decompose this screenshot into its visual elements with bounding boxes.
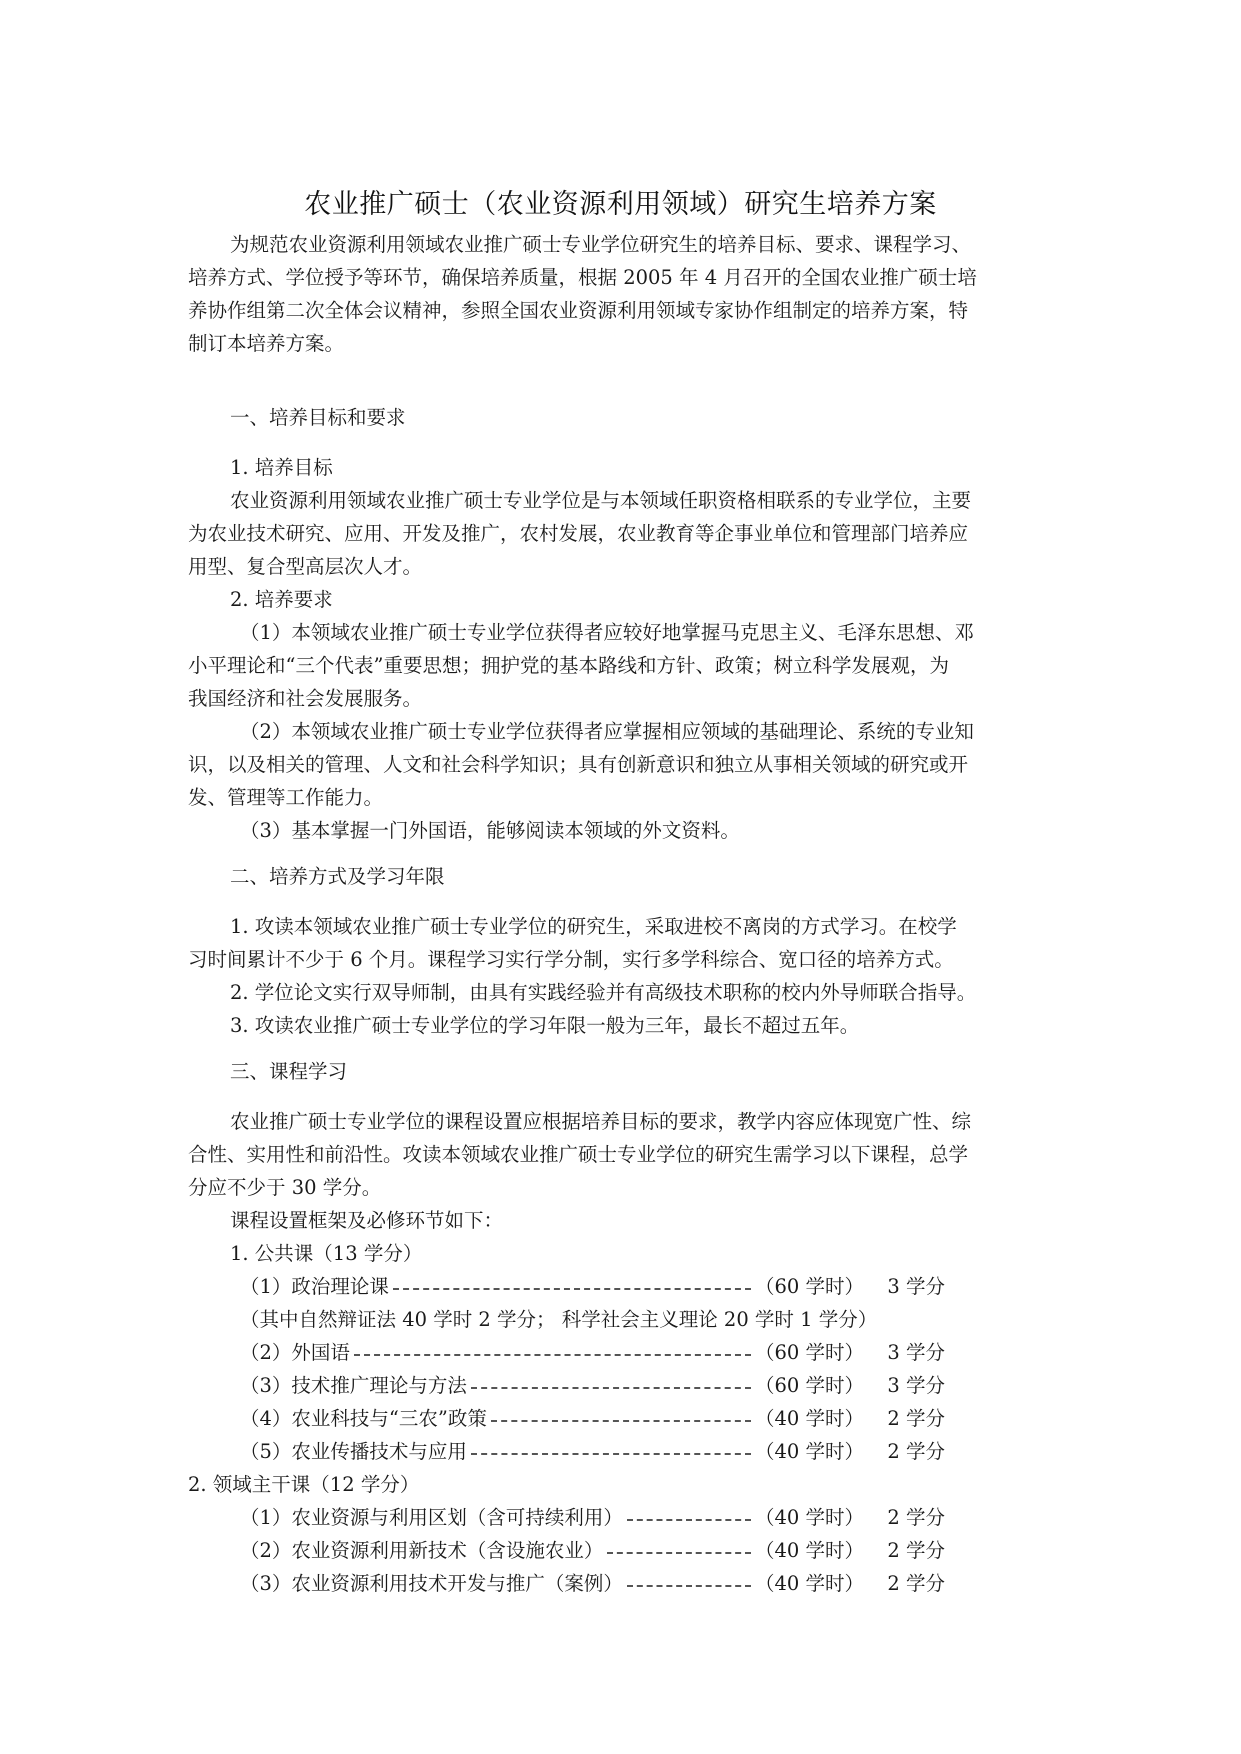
leader-dashes (607, 1552, 751, 1554)
framework-line: 课程设置框架及必修环节如下： (230, 1204, 503, 1237)
document-page: 农业推广硕士（农业资源利用领域）研究生培养方案 为规范农业资源利用领域农业推广硕… (0, 0, 1241, 1754)
leader-dashes (471, 1387, 751, 1389)
core-courses-heading: 2. 领域主干课（12 学分） (188, 1468, 419, 1501)
req2-line: 发、管理等工作能力。 (188, 781, 383, 814)
course-row: （5）农业传播技术与应用 （40 学时） 2 学分 (240, 1435, 945, 1468)
goal-heading: 1. 培养目标 (230, 451, 333, 484)
section2-item1-line: 1. 攻读本领域农业推广硕士专业学位的研究生，采取进校不离岗的方式学习。在校学 (230, 910, 957, 943)
section3-intro-line: 农业推广硕士专业学位的课程设置应根据培养目标的要求，教学内容应体现宽广性、综 (230, 1105, 971, 1138)
course-row: （3）农业资源利用技术开发与推广（案例） （40 学时） 2 学分 (240, 1567, 945, 1600)
course-credits: 3 学分 (875, 1369, 945, 1402)
goal-text-line: 为农业技术研究、应用、开发及推广，农村发展，农业教育等企事业单位和管理部门培养应 (188, 517, 968, 550)
intro-line: 培养方式、学位授予等环节，确保培养质量，根据 2005 年 4 月召开的全国农业… (188, 261, 977, 294)
req1-line: 小平理论和“三个代表”重要思想；拥护党的基本路线和方针、政策；树立科学发展观，为 (188, 649, 949, 682)
section2-item1-line: 习时间累计不少于 6 个月。课程学习实行学分制，实行多学科综合、宽口径的培养方式… (188, 943, 954, 976)
req2-line: （2）本领域农业推广硕士专业学位获得者应掌握相应领域的基础理论、系统的专业知 (240, 715, 974, 748)
course-hours: （40 学时） (755, 1567, 875, 1600)
course-name: （1）政治理论课 (240, 1270, 389, 1303)
leader-dashes (491, 1420, 751, 1422)
req-heading: 2. 培养要求 (230, 583, 333, 616)
goal-text-line: 农业资源利用领域农业推广硕士专业学位是与本领域任职资格相联系的专业学位，主要 (230, 484, 971, 517)
course-name: （3）技术推广理论与方法 (240, 1369, 467, 1402)
course-row: （2）农业资源利用新技术（含设施农业） （40 学时） 2 学分 (240, 1534, 945, 1567)
leader-dashes (627, 1585, 751, 1587)
course-credits: 2 学分 (875, 1534, 945, 1567)
course-hours: （60 学时） (755, 1369, 875, 1402)
course-hours: （40 学时） (755, 1402, 875, 1435)
leader-dashes (393, 1288, 751, 1290)
leader-dashes (471, 1453, 751, 1455)
req1-line: （1）本领域农业推广硕士专业学位获得者应较好地掌握马克思主义、毛泽东思想、邓 (240, 616, 974, 649)
course-row: （2）外国语 （60 学时） 3 学分 (240, 1336, 945, 1369)
course-row: （1）政治理论课 （60 学时） 3 学分 (240, 1270, 945, 1303)
politics-note: （其中自然辩证法 40 学时 2 学分； 科学社会主义理论 20 学时 1 学分… (240, 1303, 877, 1336)
goal-text-line: 用型、复合型高层次人才。 (188, 550, 422, 583)
course-hours: （60 学时） (755, 1336, 875, 1369)
course-credits: 3 学分 (875, 1270, 945, 1303)
course-name: （4）农业科技与“三农”政策 (240, 1402, 487, 1435)
course-hours: （40 学时） (755, 1435, 875, 1468)
leader-dashes (627, 1519, 751, 1521)
section2-item3: 3. 攻读农业推广硕士专业学位的学习年限一般为三年，最长不超过五年。 (230, 1009, 859, 1042)
course-credits: 2 学分 (875, 1567, 945, 1600)
leader-dashes (354, 1354, 751, 1356)
document-title: 农业推广硕士（农业资源利用领域）研究生培养方案 (0, 182, 1241, 221)
course-credits: 2 学分 (875, 1402, 945, 1435)
intro-line: 制订本培养方案。 (188, 327, 344, 360)
course-hours: （40 学时） (755, 1534, 875, 1567)
course-row: （3）技术推广理论与方法 （60 学时） 3 学分 (240, 1369, 945, 1402)
req2-line: 识，以及相关的管理、人文和社会科学知识；具有创新意识和独立从事相关领域的研究或开 (188, 748, 968, 781)
section3-heading: 三、课程学习 (230, 1055, 347, 1088)
course-name: （2）农业资源利用新技术（含设施农业） (240, 1534, 603, 1567)
course-credits: 3 学分 (875, 1336, 945, 1369)
course-credits: 2 学分 (875, 1435, 945, 1468)
course-name: （5）农业传播技术与应用 (240, 1435, 467, 1468)
course-row: （4）农业科技与“三农”政策 （40 学时） 2 学分 (240, 1402, 945, 1435)
section2-item2: 2. 学位论文实行双导师制，由具有实践经验并有高级技术职称的校内外导师联合指导。 (230, 976, 976, 1009)
course-hours: （40 学时） (755, 1501, 875, 1534)
public-courses-heading: 1. 公共课（13 学分） (230, 1237, 422, 1270)
course-name: （1）农业资源与利用区划（含可持续利用） (240, 1501, 623, 1534)
req3-line: （3）基本掌握一门外国语，能够阅读本领域的外文资料。 (240, 814, 740, 847)
section3-intro-line: 分应不少于 30 学分。 (188, 1171, 381, 1204)
course-name: （3）农业资源利用技术开发与推广（案例） (240, 1567, 623, 1600)
section3-intro-line: 合性、实用性和前沿性。攻读本领域农业推广硕士专业学位的研究生需学习以下课程，总学 (188, 1138, 968, 1171)
section1-heading: 一、培养目标和要求 (230, 401, 406, 434)
course-row: （1）农业资源与利用区划（含可持续利用） （40 学时） 2 学分 (240, 1501, 945, 1534)
intro-line: 养协作组第二次全体会议精神，参照全国农业资源利用领域专家协作组制定的培养方案，特 (188, 294, 968, 327)
course-hours: （60 学时） (755, 1270, 875, 1303)
section2-heading: 二、培养方式及学习年限 (230, 860, 445, 893)
course-name: （2）外国语 (240, 1336, 350, 1369)
intro-line: 为规范农业资源利用领域农业推广硕士专业学位研究生的培养目标、要求、课程学习、 (230, 228, 971, 261)
req1-line: 我国经济和社会发展服务。 (188, 682, 422, 715)
course-credits: 2 学分 (875, 1501, 945, 1534)
